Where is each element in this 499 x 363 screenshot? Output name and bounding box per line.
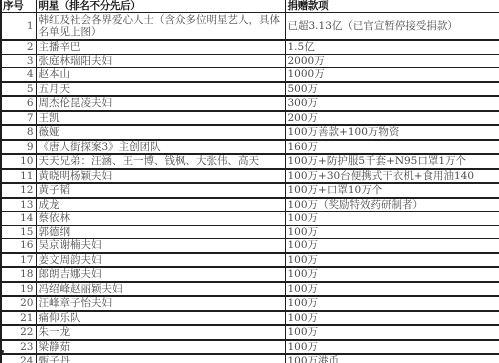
celebrity-cell[interactable]: 薇娅 [36,125,285,140]
donation-cell[interactable]: 100万 [285,225,499,239]
row-number-cell[interactable]: 6 [1,96,36,111]
table-row: 18郎朗吉娜夫妇100万 [1,267,499,282]
celebrity-cell[interactable]: 五月天 [36,82,285,97]
celebrity-cell[interactable]: 成龙 [36,198,285,212]
donation-cell[interactable]: 160万 [285,140,499,155]
celebrity-cell[interactable]: 吴京谢楠夫妇 [36,239,285,253]
donation-cell[interactable]: 100万 [285,296,499,311]
cursor-dot [1,350,4,353]
table-row: 3张庭林瑞阳夫妇2000万 [1,54,499,68]
celebrity-cell[interactable]: 痛仰乐队 [36,311,285,326]
row-number-cell[interactable]: 18 [1,267,36,282]
row-number-cell[interactable]: 14 [1,212,36,226]
table-row: 16吴京谢楠夫妇100万 [1,239,499,253]
celebrity-cell[interactable]: 黄晓明杨颖夫妇 [36,169,285,184]
donation-cell[interactable]: 100万 [285,311,499,326]
table-row: 17姜文周韵夫妇100万 [1,253,499,268]
table-row: 15郭德纲100万 [1,225,499,239]
donation-table: 序号 明星（排名不分先后） 捐赠款项 1韩红及社会各界爱心人士（含众多位明星艺人… [0,0,499,363]
celebrity-cell[interactable]: 梁静茹 [36,340,285,355]
header-number: 序号 [1,0,36,13]
row-number-cell[interactable]: 5 [1,82,36,97]
row-number-cell[interactable]: 1 [1,13,36,41]
row-number-cell[interactable]: 13 [1,198,36,212]
donation-cell[interactable]: 100万（奖励特效药研制者） [285,198,499,212]
row-number-cell[interactable]: 8 [1,125,36,140]
celebrity-cell[interactable]: 主播辛巴 [36,40,285,54]
row-number-cell[interactable]: 22 [1,325,36,340]
celebrity-cell[interactable]: 郎朗吉娜夫妇 [36,267,285,282]
row-number-cell[interactable]: 21 [1,311,36,326]
donation-cell[interactable]: 1.5亿 [285,40,499,54]
donation-cell[interactable]: 100万+口罩10万个 [285,183,499,198]
table-row: 14蔡依林100万 [1,212,499,226]
table-row: 20汪峰章子怡夫妇100万 [1,296,499,311]
celebrity-cell[interactable]: 韩红及社会各界爱心人士（含众多位明星艺人，具体名单见上图） [36,13,285,41]
table-row: 7王凯200万 [1,111,499,126]
donation-cell[interactable]: 1000万 [285,68,499,82]
row-number-cell[interactable]: 16 [1,239,36,253]
table-row: 11黄晓明杨颖夫妇100万+30台便携式干衣机+食用油140 [1,169,499,184]
table-row: 24甄子丹100万港币 [1,354,499,363]
row-number-cell[interactable]: 12 [1,183,36,198]
row-number-cell[interactable]: 15 [1,225,36,239]
table-row: 1韩红及社会各界爱心人士（含众多位明星艺人，具体名单见上图）已超3.13亿（已官… [1,13,499,41]
row-number-cell[interactable]: 3 [1,54,36,68]
donation-cell[interactable]: 100万 [285,267,499,282]
donation-cell[interactable]: 100万港币 [285,354,499,363]
donation-cell[interactable]: 100万善款+100万物资 [285,125,499,140]
donation-cell[interactable]: 100万 [285,239,499,253]
celebrity-cell[interactable]: 汪峰章子怡夫妇 [36,296,285,311]
row-number-cell[interactable]: 4 [1,68,36,82]
header-row: 序号 明星（排名不分先后） 捐赠款项 [1,0,499,13]
table-row: 6周杰伦昆凌夫妇300万 [1,96,499,111]
celebrity-cell[interactable]: 张庭林瑞阳夫妇 [36,54,285,68]
donation-cell[interactable]: 已超3.13亿（已官宣暂停接受捐款） [285,13,499,41]
donation-cell[interactable]: 100万+30台便携式干衣机+食用油140 [285,169,499,184]
celebrity-cell[interactable]: 姜文周韵夫妇 [36,253,285,268]
row-number-cell[interactable]: 17 [1,253,36,268]
donation-cell[interactable]: 100万 [285,212,499,226]
celebrity-cell[interactable]: 天天兄弟：汪涵、王一博、钱枫、大张伟、高天 [36,154,285,169]
row-number-cell[interactable]: 10 [1,154,36,169]
header-donation: 捐赠款项 [285,0,499,13]
row-number-cell[interactable]: 20 [1,296,36,311]
row-number-cell[interactable]: 11 [1,169,36,184]
row-number-cell[interactable]: 23 [1,340,36,355]
donation-cell[interactable]: 100万 [285,325,499,340]
donation-cell[interactable]: 200万 [285,111,499,126]
celebrity-cell[interactable]: 冯绍峰赵丽颖夫妇 [36,282,285,297]
table-row: 9《唐人街探案3》主创团队160万 [1,140,499,155]
table-row: 22朱一龙100万 [1,325,499,340]
table-row: 2主播辛巴1.5亿 [1,40,499,54]
celebrity-cell[interactable]: 《唐人街探案3》主创团队 [36,140,285,155]
donation-cell[interactable]: 100万+防护服5千套+N95口罩1万个 [285,154,499,169]
donation-spreadsheet: 序号 明星（排名不分先后） 捐赠款项 1韩红及社会各界爱心人士（含众多位明星艺人… [0,0,499,363]
row-number-cell[interactable]: 7 [1,111,36,126]
celebrity-cell[interactable]: 周杰伦昆凌夫妇 [36,96,285,111]
row-number-cell[interactable]: 24 [1,354,36,363]
table-row: 13成龙100万（奖励特效药研制者） [1,198,499,212]
celebrity-cell[interactable]: 朱一龙 [36,325,285,340]
table-row: 4赵本山1000万 [1,68,499,82]
donation-cell[interactable]: 100万 [285,340,499,355]
celebrity-cell[interactable]: 王凯 [36,111,285,126]
celebrity-cell[interactable]: 郭德纲 [36,225,285,239]
table-row: 19冯绍峰赵丽颖夫妇100万 [1,282,499,297]
table-row: 5五月天500万 [1,82,499,97]
donation-cell[interactable]: 100万 [285,253,499,268]
celebrity-cell[interactable]: 甄子丹 [36,354,285,363]
row-number-cell[interactable]: 9 [1,140,36,155]
table-row: 21痛仰乐队100万 [1,311,499,326]
celebrity-cell[interactable]: 蔡依林 [36,212,285,226]
table-row: 12黄子韬100万+口罩10万个 [1,183,499,198]
table-row: 23梁静茹100万 [1,340,499,355]
header-celebrity: 明星（排名不分先后） [36,0,285,13]
donation-cell[interactable]: 100万 [285,282,499,297]
celebrity-cell[interactable]: 赵本山 [36,68,285,82]
celebrity-cell[interactable]: 黄子韬 [36,183,285,198]
table-row: 10天天兄弟：汪涵、王一博、钱枫、大张伟、高天100万+防护服5千套+N95口罩… [1,154,499,169]
row-number-cell[interactable]: 2 [1,40,36,54]
row-number-cell[interactable]: 19 [1,282,36,297]
donation-cell[interactable]: 300万 [285,96,499,111]
donation-cell[interactable]: 2000万 [285,54,499,68]
donation-cell[interactable]: 500万 [285,82,499,97]
table-row: 8薇娅100万善款+100万物资 [1,125,499,140]
